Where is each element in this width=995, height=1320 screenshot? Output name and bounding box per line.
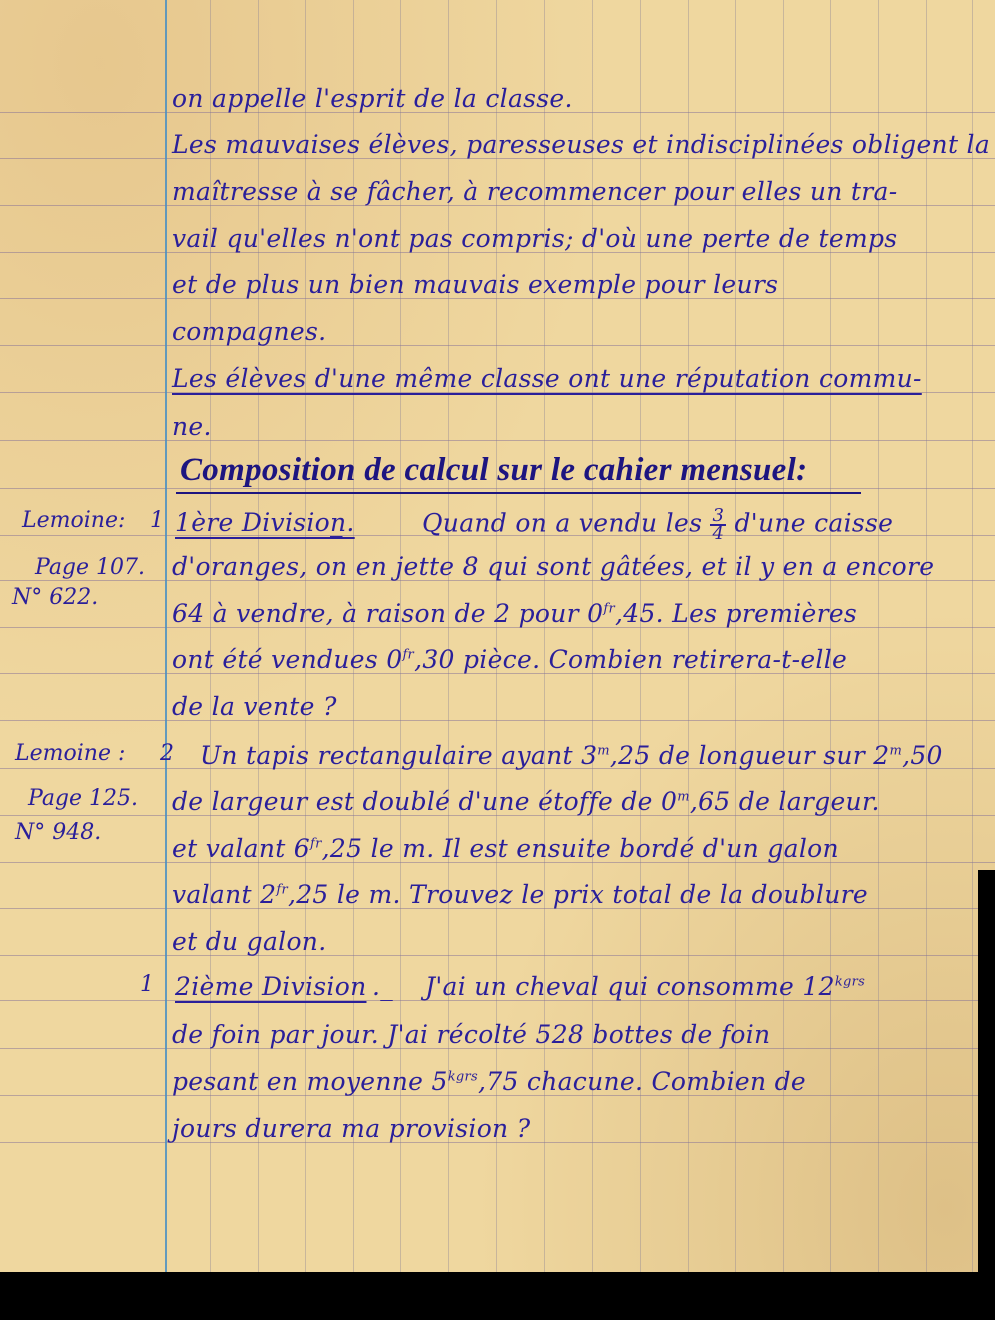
problem-text-segment: ,50: [902, 741, 943, 770]
problem-text: de la vente ?: [172, 692, 337, 721]
problem-text-segment: d'une caisse: [734, 509, 893, 538]
problem-text: Un tapis rectangulaire ayant 3m,25 de lo…: [200, 741, 943, 770]
essay-line: ne.: [172, 412, 212, 441]
margin-reference: N° 622.: [12, 585, 98, 610]
problem-text-segment: ,30 pièce. Combien retirera-t-elle: [414, 645, 847, 674]
problem-text-segment: valant 2: [172, 880, 276, 909]
heading-dash: ._: [372, 972, 393, 1001]
ruled-line: [0, 955, 995, 956]
problem-text: et du galon.: [172, 927, 326, 956]
page-title: Composition de calcul sur le cahier mens…: [180, 452, 807, 489]
essay-line-underlined: Les élèves d'une même classe ont une rép…: [172, 364, 922, 393]
essay-line: on appelle l'esprit de la classe.: [172, 84, 573, 113]
ruled-line: [0, 345, 995, 346]
problem-text-segment: ,25 le m. Il est ensuite bordé d'un galo…: [322, 834, 839, 863]
essay-line: et de plus un bien mauvais exemple pour …: [172, 270, 778, 299]
problem-text: Quand on a vendu les 34 d'une caisse: [422, 508, 893, 542]
essay-line: vail qu'elles n'ont pas compris; d'où un…: [172, 224, 897, 253]
problem-text: J'ai un cheval qui consomme 12kgrs: [425, 972, 865, 1001]
problem-text: de largeur est doublé d'une étoffe de 0m…: [172, 787, 880, 816]
division-heading: 2ième Division: [175, 972, 366, 1001]
score-mark: 2: [160, 741, 174, 766]
problem-text-segment: ,45. Les premières: [615, 599, 857, 628]
unit-superscript: kgrs: [835, 975, 865, 990]
problem-text-segment: pesant en moyenne 5: [172, 1067, 448, 1096]
essay-line: compagnes.: [172, 317, 326, 346]
margin-reference: Lemoine:: [22, 508, 125, 533]
problem-text: 64 à vendre, à raison de 2 pour 0fr,45. …: [172, 599, 857, 628]
problem-text: jours durera ma provision ?: [172, 1114, 530, 1143]
division-heading: 1ère Division.: [175, 508, 355, 537]
unit-superscript: m: [889, 744, 902, 759]
problem-text: de foin par jour. J'ai récolté 528 botte…: [172, 1020, 770, 1049]
ruled-line: [0, 440, 995, 441]
margin-reference: Page 125.: [28, 786, 138, 811]
essay-line: Les mauvaises élèves, paresseuses et ind…: [172, 130, 990, 159]
notebook-page: on appelle l'esprit de la classe. Les ma…: [0, 0, 995, 1272]
margin-reference: N° 948.: [15, 820, 101, 845]
score-mark: 1: [150, 508, 164, 533]
problem-text-segment: de largeur est doublé d'une étoffe de 0: [172, 787, 677, 816]
title-underline: [176, 492, 861, 494]
problem-text-segment: ont été vendues 0: [172, 645, 402, 674]
problem-text-segment: 64 à vendre, à raison de 2 pour 0: [172, 599, 603, 628]
unit-superscript: m: [597, 744, 610, 759]
problem-text: ont été vendues 0fr,30 pièce. Combien re…: [172, 645, 847, 674]
margin-reference: Page 107.: [35, 555, 145, 580]
score-mark: 1: [140, 972, 154, 997]
problem-text-segment: Un tapis rectangulaire ayant 3: [200, 741, 597, 770]
essay-line: maîtresse à se fâcher, à recommencer pou…: [172, 177, 897, 206]
problem-text: valant 2fr,25 le m. Trouvez le prix tota…: [172, 880, 868, 909]
problem-text-segment: ,65 de largeur.: [690, 787, 880, 816]
problem-text-segment: ,25 de longueur sur 2: [610, 741, 890, 770]
problem-text: d'oranges, on en jette 8 qui sont gâtées…: [172, 552, 934, 581]
problem-text: et valant 6fr,25 le m. Il est ensuite bo…: [172, 834, 839, 863]
margin-reference: Lemoine :: [15, 741, 125, 766]
problem-text-segment: ,25 le m. Trouvez le prix total de la do…: [288, 880, 868, 909]
problem-text-segment: Quand on a vendu les: [422, 509, 702, 538]
margin-line: [165, 0, 167, 1272]
unit-superscript: fr: [310, 837, 322, 852]
fraction-denominator: 4: [710, 526, 726, 542]
fraction: 34: [710, 508, 726, 542]
grid-column: [972, 0, 973, 1272]
ruled-line: [0, 720, 995, 721]
unit-superscript: kgrs: [448, 1070, 478, 1085]
problem-text-segment: et valant 6: [172, 834, 310, 863]
unit-superscript: m: [677, 790, 690, 805]
unit-superscript: fr: [276, 883, 288, 898]
problem-text: pesant en moyenne 5kgrs,75 chacune. Comb…: [172, 1067, 806, 1096]
unit-superscript: fr: [603, 602, 615, 617]
problem-text-segment: ,75 chacune. Combien de: [478, 1067, 806, 1096]
grid-column: [926, 0, 927, 1272]
scan-border: [978, 870, 995, 1272]
heading-dash: _: [330, 508, 343, 537]
problem-text-segment: J'ai un cheval qui consomme 12: [425, 972, 835, 1001]
unit-superscript: fr: [402, 648, 414, 663]
